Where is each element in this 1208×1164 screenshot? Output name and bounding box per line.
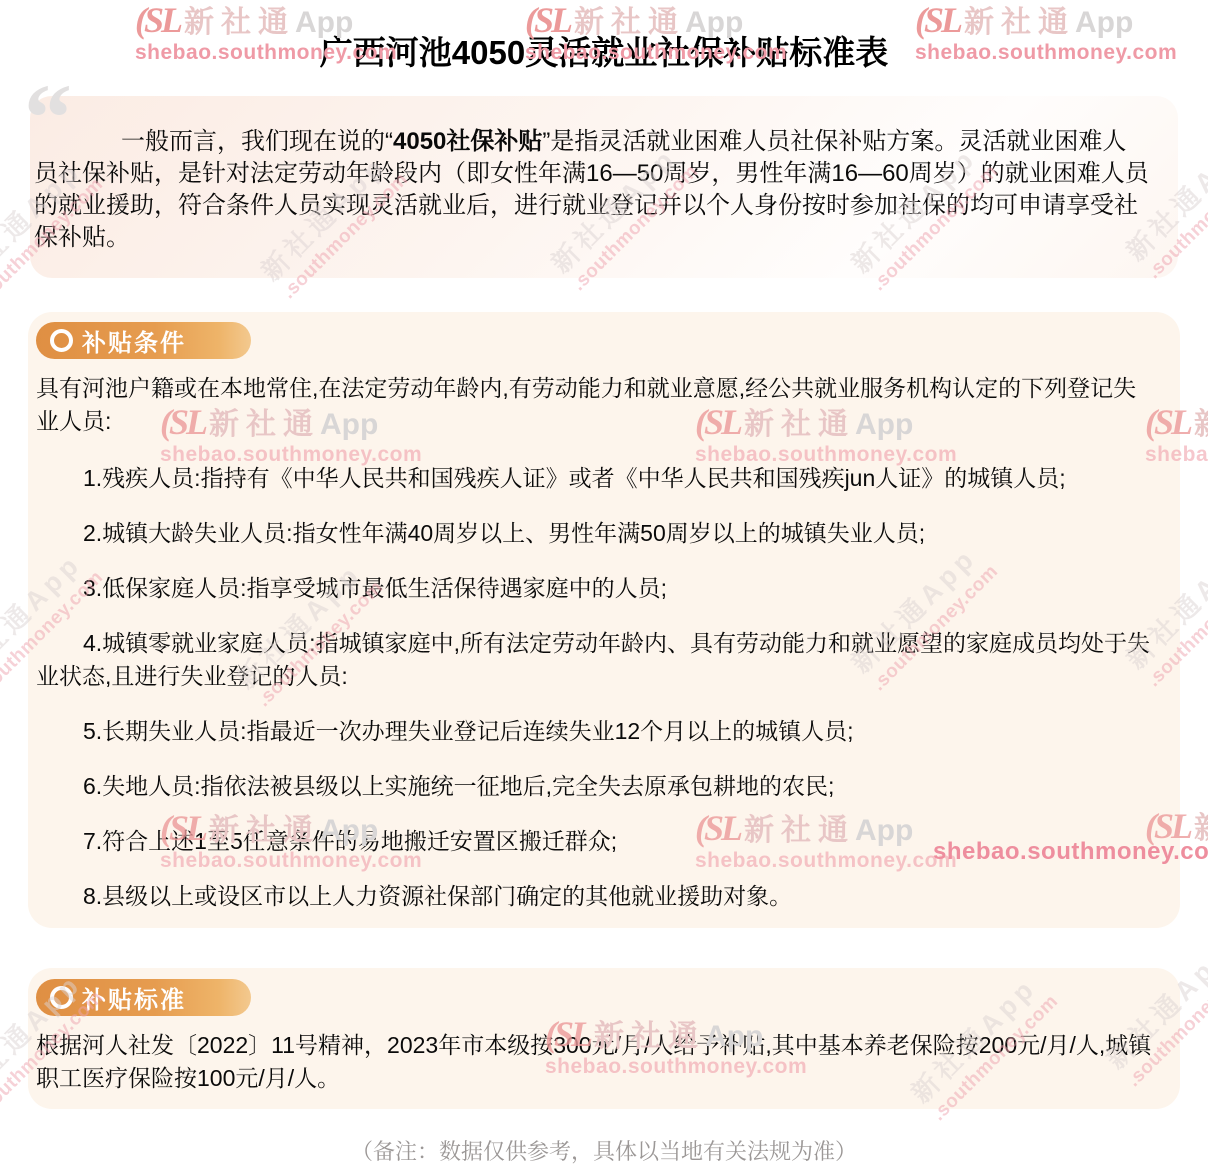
section-badge-conditions: 补贴条件 (36, 322, 251, 359)
section-badge-standard: 补贴标准 (36, 979, 251, 1016)
section-card-standard: 补贴标准 根据河人社发〔2022〕11号精神，2023年市本级按300元/月/人… (28, 968, 1180, 1109)
list-item: 5.长期失业人员:指最近一次办理失业登记后连续失业12个月以上的城镇人员; (36, 715, 1154, 748)
intro-prefix: 一般而言，我们现在说的“ (121, 128, 393, 155)
intro-quote-box: “ 一般而言，我们现在说的“4050社保补贴”是指灵活就业困难人员社保补贴方案。… (30, 96, 1178, 278)
quote-icon: “ (24, 70, 72, 166)
badge-label: 补贴标准 (82, 980, 186, 1015)
badge-label: 补贴条件 (82, 323, 186, 358)
list-item: 2.城镇大龄失业人员:指女性年满40周岁以上、男性年满50周岁以上的城镇失业人员… (36, 517, 1154, 550)
intro-paragraph: 一般而言，我们现在说的“4050社保补贴”是指灵活就业困难人员社保补贴方案。灵活… (34, 126, 1150, 254)
circle-ring-icon (50, 986, 73, 1009)
list-item: 4.城镇零就业家庭人员:指城镇家庭中,所有法定劳动年龄内、具有劳动能力和就业愿望… (36, 627, 1154, 693)
circle-ring-icon (50, 329, 73, 352)
footer-note: （备注：数据仅供参考，具体以当地有关法规为准） (0, 1135, 1208, 1164)
section-card-conditions: 补贴条件 具有河池户籍或在本地常住,在法定劳动年龄内,有劳动能力和就业意愿,经公… (28, 312, 1180, 928)
standard-lead: 根据河人社发〔2022〕11号精神，2023年市本级按300元/月/人给予补贴,… (36, 1029, 1154, 1095)
list-item: 8.县级以上或设区市以上人力资源社保部门确定的其他就业援助对象。 (36, 880, 1154, 913)
intro-highlight: 4050社保补贴 (393, 128, 542, 155)
conditions-lead: 具有河池户籍或在本地常住,在法定劳动年龄内,有劳动能力和就业意愿,经公共就业服务… (36, 372, 1154, 438)
list-item: 7.符合上述1至5任意条件的易地搬迁安置区搬迁群众; (36, 825, 1154, 858)
list-item: 3.低保家庭人员:指享受城市最低生活保待遇家庭中的人员; (36, 572, 1154, 605)
page-title: 广西河池4050灵活就业社保补贴标准表 (30, 28, 1178, 78)
conditions-list: 1.残疾人员:指持有《中华人民共和国残疾人证》或者《中华人民共和国残疾jun人证… (36, 462, 1154, 913)
list-item: 1.残疾人员:指持有《中华人民共和国残疾人证》或者《中华人民共和国残疾jun人证… (36, 462, 1154, 495)
list-item: 6.失地人员:指依法被县级以上实施统一征地后,完全失去原承包耕地的农民; (36, 770, 1154, 803)
